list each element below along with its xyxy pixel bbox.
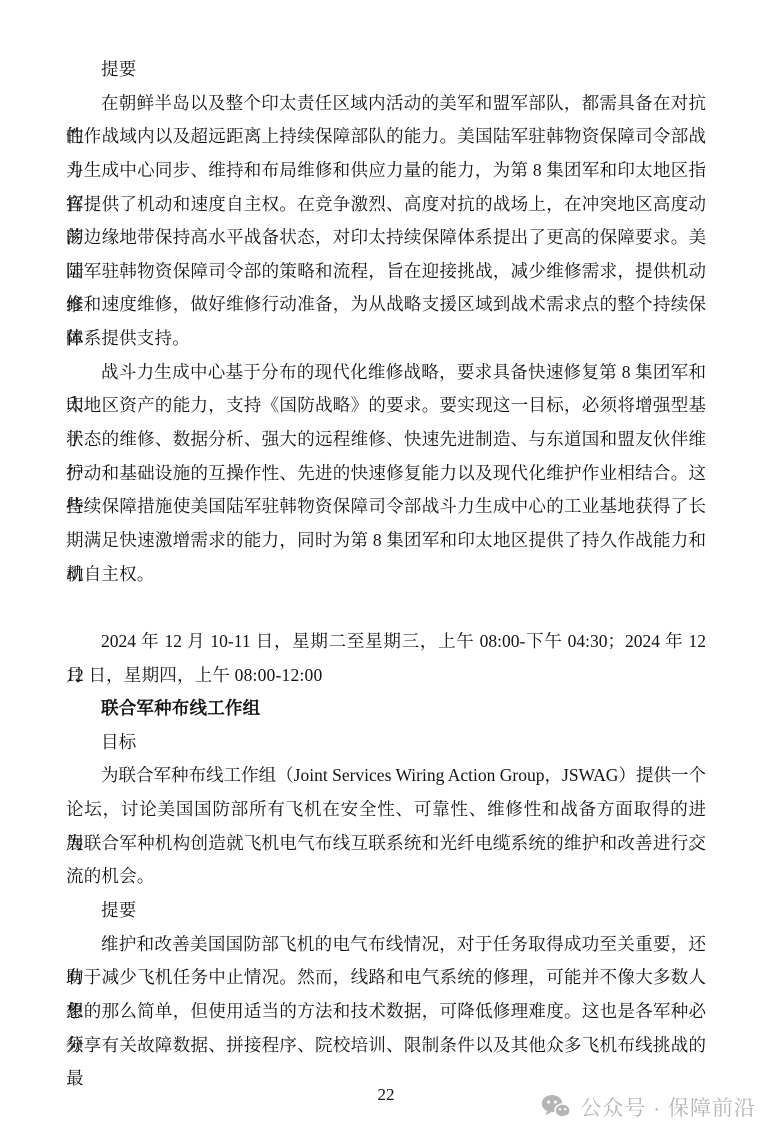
text-line: 力生成中心同步、维持和布局维修和供应力量的能力，为第 8 集团军和印太地区指挥	[66, 154, 706, 188]
heading-line: 提要	[66, 53, 706, 87]
text-line: 状态的维修、数据分析、强大的远程维修、快速先进制造、与东道国和盟友伙伴维护	[66, 423, 706, 457]
text-line: 持续保障措施使美国陆军驻韩物资保障司令部战斗力生成中心的工业基地获得了长	[66, 490, 706, 524]
text-line: 2024 年 12 月 10-11 日，星期二至星期三，上午 08:00-下午 …	[66, 625, 706, 659]
text-line: 象的那么简单，但使用适当的方法和技术数据，可降低修理难度。这也是各军种必须	[66, 995, 706, 1029]
text-line: 维护和改善美国国防部飞机的电气布线情况，对于任务取得成功至关重要，还有	[66, 928, 706, 962]
text-line: 战斗力生成中心基于分布的现代化维修战略，要求具备快速修复第 8 集团军和印	[66, 356, 706, 390]
wechat-icon	[541, 1094, 571, 1120]
text-line: 体系提供支持。	[66, 322, 706, 356]
heading-line: 目标	[66, 726, 706, 760]
text-line: 的作战域内以及超远距离上持续保障部队的能力。美国陆军驻韩物资保障司令部战斗	[66, 120, 706, 154]
text-line: 分享有关故障数据、拼接程序、院校培训、限制条件以及其他众多飞机布线挑战的最	[66, 1029, 706, 1063]
text-line: 动自主权。	[66, 558, 706, 592]
text-line: 太地区资产的能力，支持《国防战略》的要求。要实现这一目标，必须将增强型基于	[66, 389, 706, 423]
watermark-text: 公众号 · 保障前沿	[580, 1092, 756, 1122]
text-line: 期满足快速激增需求的能力，同时为第 8 集团军和印太地区提供了持久作战能力和机	[66, 524, 706, 558]
heading-line: 提要	[66, 894, 706, 928]
text-line: 流的机会。	[66, 860, 706, 894]
text-line: 为联合军种布线工作组（Joint Services Wiring Action …	[66, 759, 706, 793]
text-line: 陆军驻韩物资保障司令部的策略和流程，旨在迎接挑战，减少维修需求，提供机动维	[66, 255, 706, 289]
watermark: 公众号 · 保障前沿	[541, 1092, 756, 1122]
text-line: 12 日，星期四，上午 08:00-12:00	[66, 659, 706, 693]
text-line: 论坛，讨论美国国防部所有飞机在安全性、可靠性、维修性和战备方面取得的进展。	[66, 793, 706, 827]
text-line: 在朝鲜半岛以及整个印太责任区域内活动的美军和盟军部队，都需具备在对抗性	[66, 87, 706, 121]
blank-line	[66, 591, 706, 625]
heading-line: 联合军种布线工作组	[66, 692, 706, 726]
text-line: 为联合军种机构创造就飞机电气布线互联系统和光纤电缆系统的维护和改善进行交	[66, 827, 706, 861]
text-line: 修和速度维修，做好维修行动准备，为从战略支援区域到战术需求点的整个持续保障	[66, 288, 706, 322]
document-page: 提要在朝鲜半岛以及整个印太责任区域内活动的美军和盟军部队，都需具备在对抗性的作战…	[0, 0, 772, 1140]
document-body: 提要在朝鲜半岛以及整个印太责任区域内活动的美军和盟军部队，都需具备在对抗性的作战…	[66, 53, 706, 1062]
text-line: 行动和基础设施的互操作性、先进的快速修复能力以及现代化维护作业相结合。这些	[66, 457, 706, 491]
text-line: 的边缘地带保持高水平战备状态，对印太持续保障体系提出了更高的保障要求。美国	[66, 221, 706, 255]
text-line: 官提供了机动和速度自主权。在竞争激烈、高度对抗的战场上，在冲突地区高度动荡	[66, 188, 706, 222]
text-line: 助于减少飞机任务中止情况。然而，线路和电气系统的修理，可能并不像大多数人想	[66, 961, 706, 995]
